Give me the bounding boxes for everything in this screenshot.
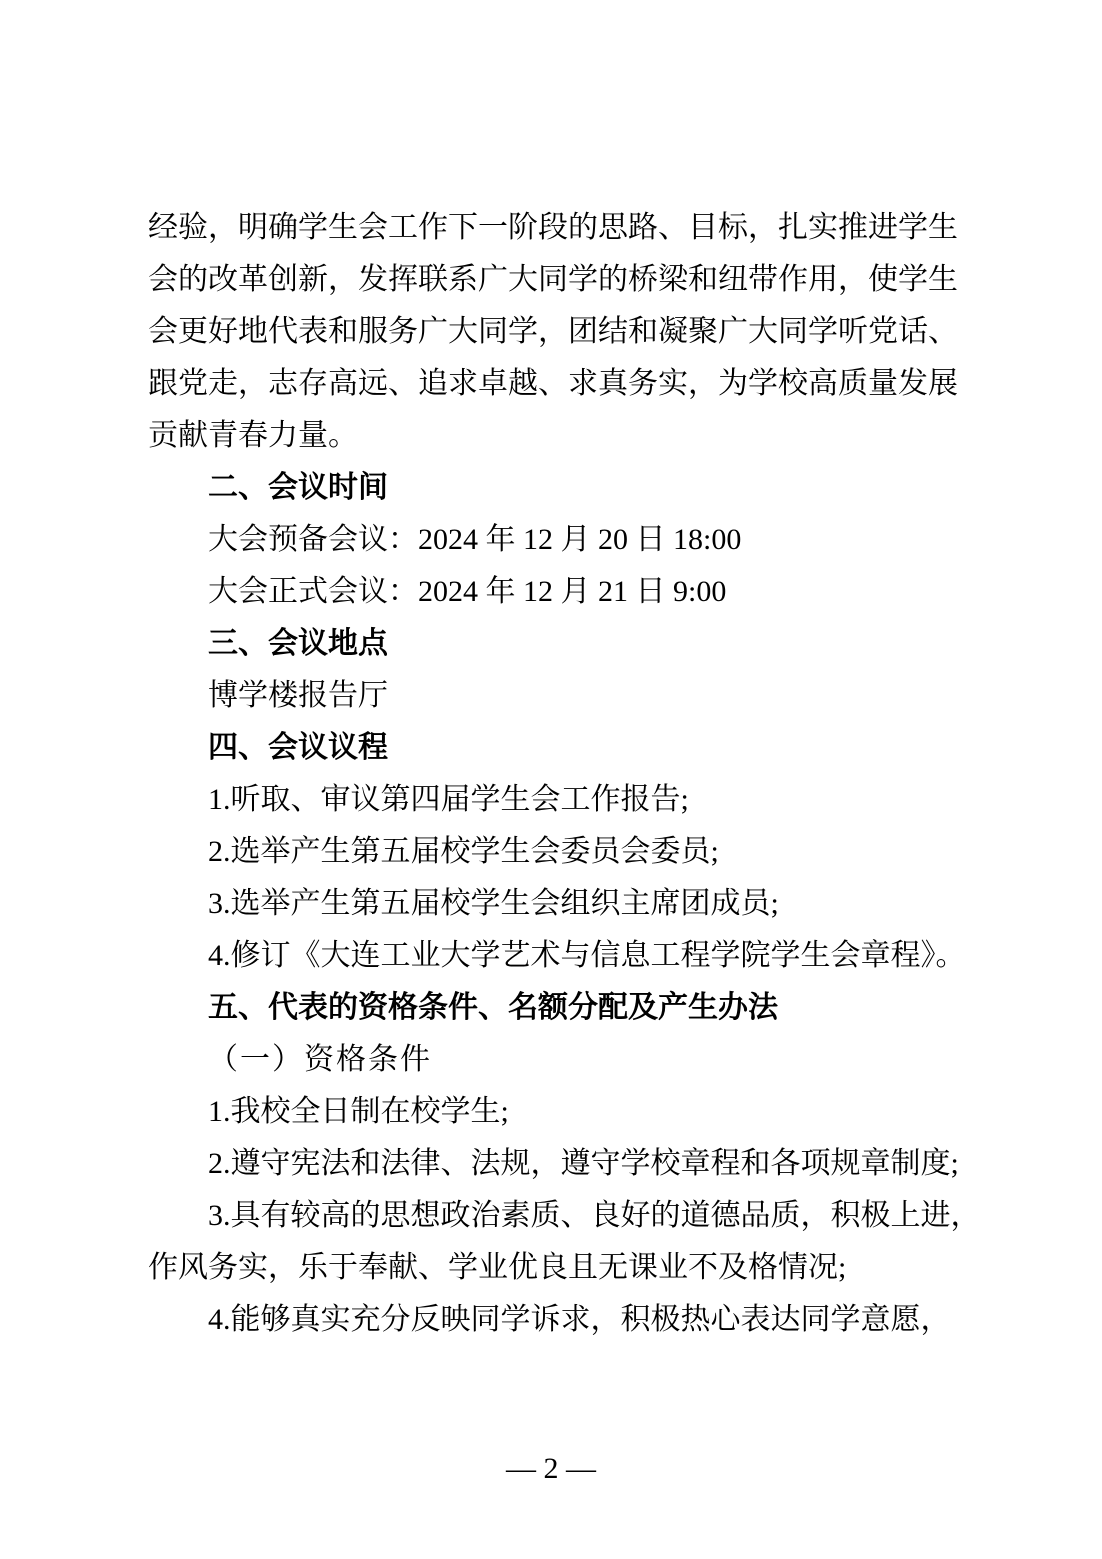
qualification-item-3: 3.具有较高的思想政治素质、良好的道德品质，积极上进， — [148, 1190, 966, 1242]
agenda-item-3: 3.选举产生第五届校学生会组织主席团成员; — [148, 878, 966, 930]
agenda-item-1: 1.听取、审议第四届学生会工作报告; — [148, 774, 966, 826]
section-heading-delegate-rules: 五、代表的资格条件、名额分配及产生办法 — [148, 982, 966, 1034]
body-line-meeting-place: 博学楼报告厅 — [148, 670, 966, 722]
section-heading-meeting-agenda: 四、会议议程 — [148, 722, 966, 774]
agenda-item-2: 2.选举产生第五届校学生会委员会委员; — [148, 826, 966, 878]
section-heading-meeting-place: 三、会议地点 — [148, 618, 966, 670]
document-page: 经验，明确学生会工作下一阶段的思路、目标，扎实推进学生 会的改革创新，发挥联系广… — [0, 0, 1102, 1559]
qualification-item-2: 2.遵守宪法和法律、法规，遵守学校章程和各项规章制度; — [148, 1138, 966, 1190]
qualification-item-1: 1.我校全日制在校学生; — [148, 1086, 966, 1138]
body-line: 贡献青春力量。 — [148, 410, 966, 462]
body-line: 作风务实，乐于奉献、学业优良且无课业不及格情况; — [148, 1242, 966, 1294]
agenda-item-4: 4.修订《大连工业大学艺术与信息工程学院学生会章程》。 — [148, 930, 966, 982]
body-line: 经验，明确学生会工作下一阶段的思路、目标，扎实推进学生 — [148, 202, 966, 254]
body-line-formal-meeting-time: 大会正式会议：2024 年 12 月 21 日 9:00 — [148, 566, 966, 618]
body-line: 会更好地代表和服务广大同学，团结和凝聚广大同学听党话、 — [148, 306, 966, 358]
document-body: 经验，明确学生会工作下一阶段的思路、目标，扎实推进学生 会的改革创新，发挥联系广… — [148, 202, 966, 1346]
subsection-heading-qualifications: （一）资格条件 — [148, 1034, 966, 1086]
page-number: — 2 — — [0, 1452, 1102, 1486]
qualification-item-4: 4.能够真实充分反映同学诉求，积极热心表达同学意愿， — [148, 1294, 966, 1346]
body-line: 跟党走，志存高远、追求卓越、求真务实，为学校高质量发展 — [148, 358, 966, 410]
body-line: 会的改革创新，发挥联系广大同学的桥梁和纽带作用，使学生 — [148, 254, 966, 306]
body-line-prep-meeting-time: 大会预备会议：2024 年 12 月 20 日 18:00 — [148, 514, 966, 566]
section-heading-meeting-time: 二、会议时间 — [148, 462, 966, 514]
